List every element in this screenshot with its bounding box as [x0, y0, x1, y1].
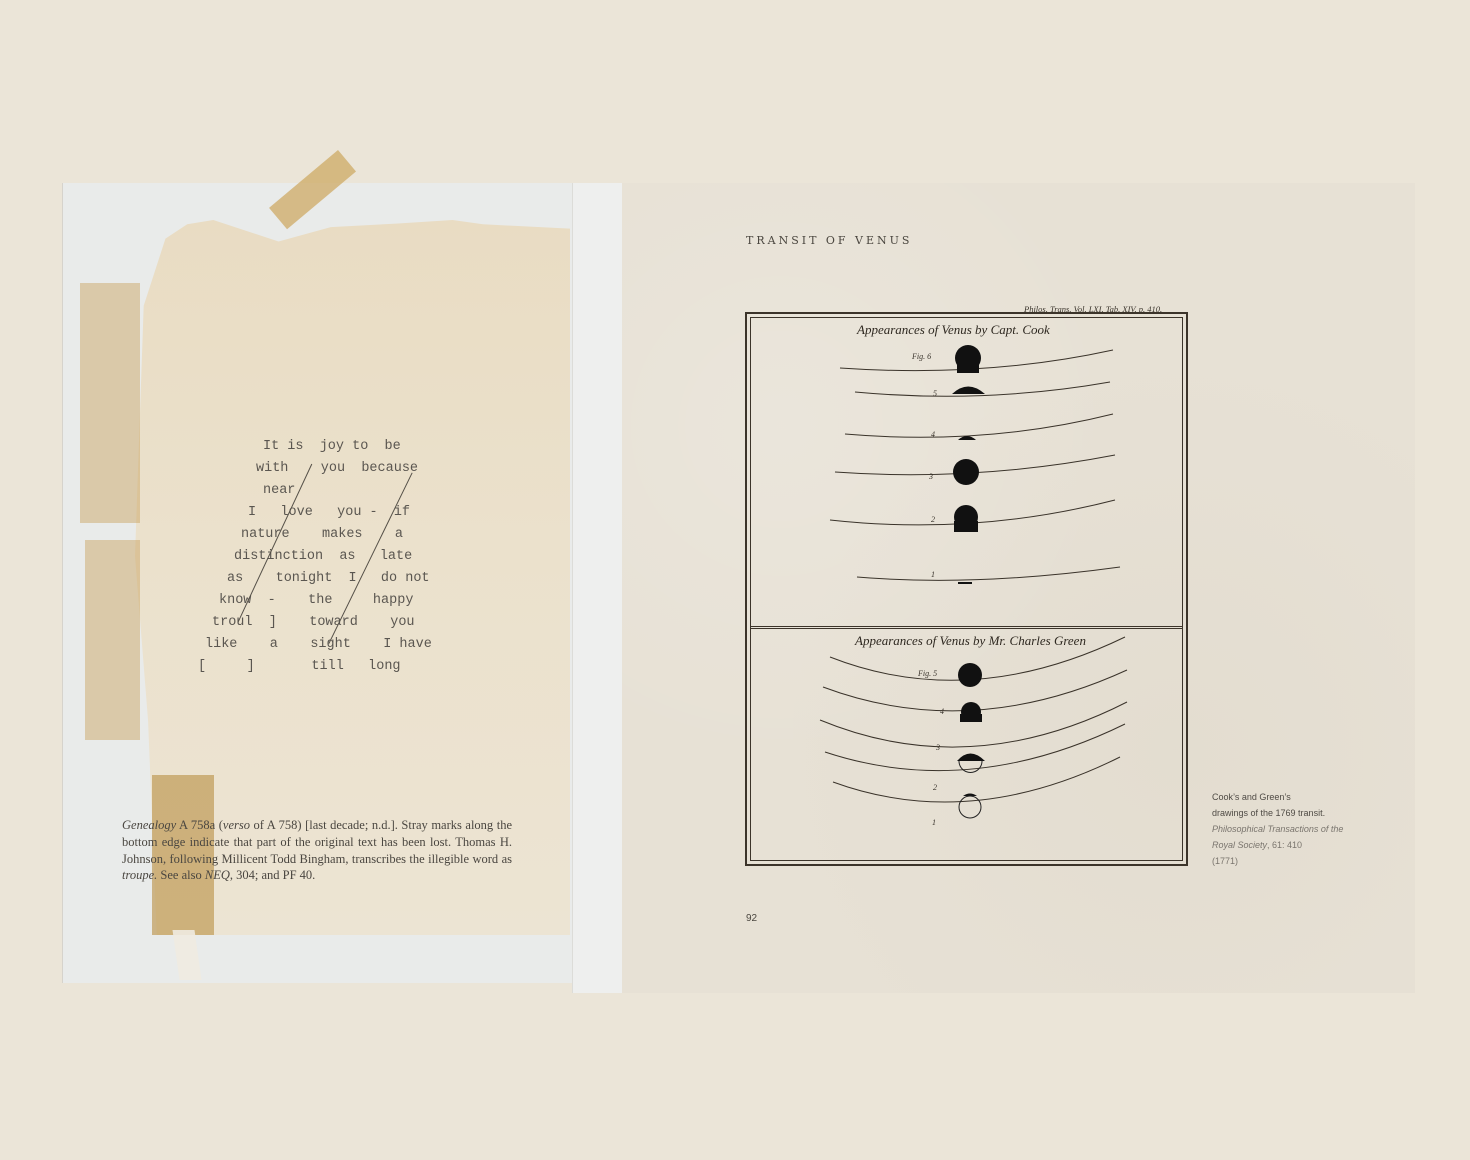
poem-line: [ ] till long: [198, 656, 401, 678]
poem-line: troul ] toward you: [212, 612, 415, 634]
sun-limb-arc: [855, 382, 1110, 396]
caption-neq: NEQ: [205, 868, 230, 882]
caption-source: Philosophical Transactions of the Royal …: [1212, 821, 1352, 853]
figure-caption: Cook’s and Green’s drawings of the 1769 …: [1212, 789, 1352, 869]
transit-plate-illustration: [745, 312, 1188, 866]
sun-limb-arc: [845, 414, 1113, 437]
poem-line: distinction as late: [234, 546, 412, 568]
venus-disc: [960, 714, 982, 722]
caption-lead: Genealogy: [122, 818, 176, 832]
caption-line: drawings of the 1769 transit.: [1212, 805, 1352, 821]
venus-disc: [952, 387, 985, 395]
typed-poem: It is joy to be with you because near I …: [190, 436, 450, 676]
running-head: TRANSIT OF VENUS: [746, 234, 912, 247]
poem-line: near: [263, 480, 295, 502]
venus-disc: [958, 582, 972, 584]
tape-strip-left-upper: [80, 283, 140, 523]
caption-troupe: troupe.: [122, 868, 157, 882]
poem-line: It is joy to be: [263, 436, 401, 458]
venus-ring: [959, 761, 982, 773]
manuscript-caption: Genealogy A 758a (verso of A 758) [last …: [122, 817, 512, 884]
binding-hinge-strip: [572, 183, 624, 993]
venus-ring: [959, 796, 981, 818]
venus-disc: [953, 459, 979, 485]
caption-verso: verso: [223, 818, 250, 832]
sun-limb-arc: [825, 724, 1125, 771]
venus-disc: [957, 364, 979, 373]
caption-text-3: , 304; and PF 40.: [230, 868, 315, 882]
caption-year: (1771): [1212, 853, 1352, 869]
venus-disc: [957, 754, 985, 762]
poem-line: with you because: [256, 458, 418, 480]
venus-disc: [954, 521, 978, 532]
sun-limb-arc: [857, 567, 1120, 580]
poem-line: I love you - if: [248, 502, 410, 524]
page-number: 92: [746, 913, 757, 924]
tape-strip-left-lower: [85, 540, 140, 740]
venus-disc: [958, 663, 982, 687]
sun-limb-arc: [833, 757, 1120, 802]
caption-line: Cook’s and Green’s: [1212, 789, 1352, 805]
caption-text-2: See also: [157, 868, 205, 882]
poem-line: like a sight I have: [205, 634, 432, 656]
caption-id: A 758a: [179, 818, 215, 832]
caption-volume: , 61: 410: [1267, 840, 1302, 850]
